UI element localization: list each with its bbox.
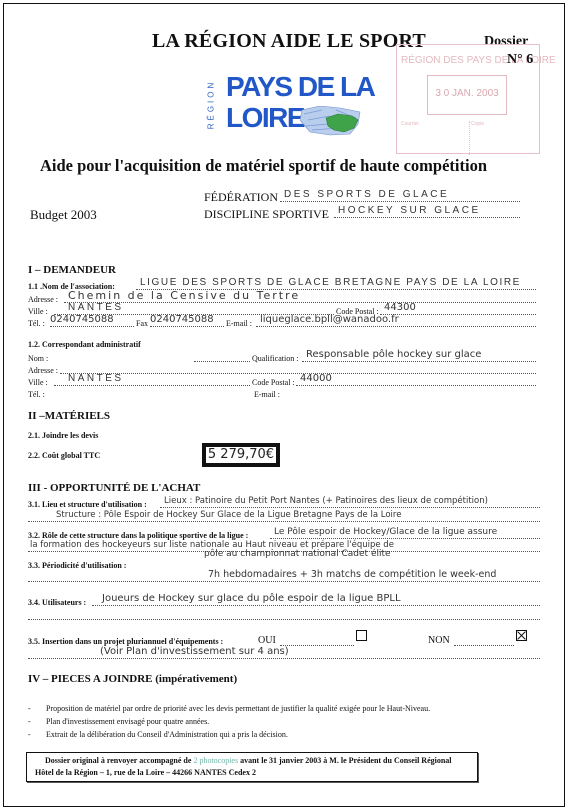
qualification-label: Qualification : (252, 354, 298, 363)
stamp-divider (469, 121, 470, 155)
discipline-field[interactable]: HOCKEY SUR GLACE (334, 208, 520, 218)
correspondent-postal-label: Code Postal : (252, 378, 295, 387)
fax-label: Fax (136, 319, 148, 328)
budget-year: Budget 2003 (30, 207, 97, 223)
correspondent-title: 1.2. Correspondant administratif (28, 340, 141, 349)
section-pieces-title: IV – PIECES A JOINDRE (impérativement) (28, 673, 237, 685)
non-label: NON (428, 635, 450, 646)
location-field-line2[interactable]: Structure : Pôle Espoir de Hockey Sur Gl… (28, 512, 540, 522)
correspondent-city-label: Ville : (28, 378, 48, 387)
list-item: Plan d'investissement envisagé pour quat… (28, 715, 430, 728)
email-field[interactable]: liqueglace.bpll@wanadoo.fr (256, 317, 536, 327)
required-documents-list: Proposition de matériel par ordre de pri… (28, 702, 430, 741)
correspondent-name-label: Nom : (28, 354, 48, 363)
city-label: Ville : (28, 307, 48, 316)
qualification-field[interactable]: Responsable pôle hockey sur glace (302, 352, 536, 362)
address-label: Adresse : (28, 295, 58, 304)
stamp-date-box: 3 0 JAN. 2003 (427, 75, 507, 115)
logo-line2: LOIRE (226, 103, 304, 133)
oui-dots (280, 636, 354, 646)
section-demandeur-title: I – DEMANDEUR (28, 264, 116, 276)
oui-checkbox[interactable] (356, 630, 367, 641)
multiyear-note-field[interactable]: (Voir Plan d'investissement sur 4 ans) (28, 649, 540, 659)
stamp-label-left: Courrier (401, 121, 419, 127)
discipline-label: DISCIPLINE SPORTIVE (204, 207, 329, 222)
footer-text-a: Dossier original à renvoyer accompagné d… (45, 756, 191, 765)
stamp-label-right: Copie (471, 121, 484, 127)
correspondent-address-label: Adresse : (28, 366, 58, 375)
total-cost-field[interactable]: 5 279,70€ (202, 443, 280, 467)
federation-field[interactable]: DES SPORTS DE GLACE (280, 192, 520, 202)
oui-label: OUI (258, 635, 276, 646)
region-logo: RÉGION PAYS DE LA LOIRE (212, 70, 367, 140)
location-field-line1[interactable]: Lieux : Patinoire du Petit Port Nantes (… (160, 498, 540, 508)
frequency-field[interactable]: 7h hebdomadaires + 3h matchs de compétit… (28, 572, 540, 582)
form-page: LA RÉGION AIDE LE SPORT Dossier RÉGION D… (3, 3, 565, 807)
non-dots (454, 636, 514, 646)
phone-label: Tél. : (28, 319, 45, 328)
footer-text-b: avant le 31 janvier 2003 à M. le Préside… (240, 756, 451, 765)
page-title: LA RÉGION AIDE LE SPORT (152, 30, 426, 53)
total-cost-value: 5 279,70€ (206, 447, 276, 463)
email-label: E-mail : (226, 319, 252, 328)
list-item: Proposition de matériel par ordre de pri… (28, 702, 430, 715)
address-field[interactable]: Chemin de la Censive du Tertre (64, 293, 536, 303)
section-opportunite-title: III - OPPORTUNITÉ DE L'ACHAT (28, 482, 200, 494)
correspondent-email-field[interactable] (288, 388, 536, 398)
cost-label: 2.2. Coût global TTC (28, 451, 100, 460)
form-subtitle: Aide pour l'acquisition de matériel spor… (40, 156, 487, 176)
correspondent-phone-label: Tél. : (28, 390, 45, 399)
dossier-number: N° 6 (507, 52, 533, 68)
quotes-label: 2.1. Joindre les devis (28, 431, 98, 440)
logo-region-text: RÉGION (212, 74, 222, 138)
stamp-date: 3 0 JAN. 2003 (428, 88, 506, 99)
correspondent-postal-field[interactable]: 44000 (296, 376, 536, 386)
users-field[interactable]: Joueurs de Hockey sur glace du pôle espo… (92, 596, 540, 606)
users-field-line2[interactable] (28, 610, 540, 620)
correspondent-name-field[interactable] (194, 352, 250, 362)
users-label: 3.4. Utilisateurs : (28, 598, 86, 607)
frequency-label: 3.3. Périodicité d'utilisation : (28, 561, 126, 570)
correspondent-city-field[interactable]: NANTES (54, 376, 250, 386)
fax-field[interactable]: 0240745088 (150, 317, 224, 327)
correspondent-address-field[interactable] (60, 364, 536, 374)
logo-line1: PAYS DE LA (226, 72, 374, 102)
footer-address: Hôtel de la Région – 1, rue de la Loire … (35, 767, 469, 779)
federation-label: FÉDÉRATION (204, 190, 278, 205)
location-label: 3.1. Lieu et structure d'utilisation : (28, 500, 147, 509)
role-field-line1[interactable]: Le Pôle espoir de Hockey/Glace de la lig… (270, 529, 540, 539)
section-materiels-title: II –MATÉRIELS (28, 410, 110, 422)
phone-field[interactable]: 0240745088 (50, 317, 134, 327)
correspondent-phone-field[interactable] (50, 388, 250, 398)
non-checkbox[interactable] (516, 630, 527, 641)
multiyear-label: 3.5. Insertion dans un projet pluriannue… (28, 637, 223, 646)
correspondent-email-label: E-mail : (254, 390, 280, 399)
footer-copies: 2 photocopies (193, 756, 238, 765)
region-map-icon (300, 106, 362, 136)
submission-instructions: Dossier original à renvoyer accompagné d… (26, 752, 478, 782)
postal-code-field[interactable]: 44300 (380, 305, 536, 315)
role-field-line3: pôle au championnat national Cadet élite (204, 549, 391, 559)
list-item: Extrait de la délibération du Conseil d'… (28, 728, 430, 741)
